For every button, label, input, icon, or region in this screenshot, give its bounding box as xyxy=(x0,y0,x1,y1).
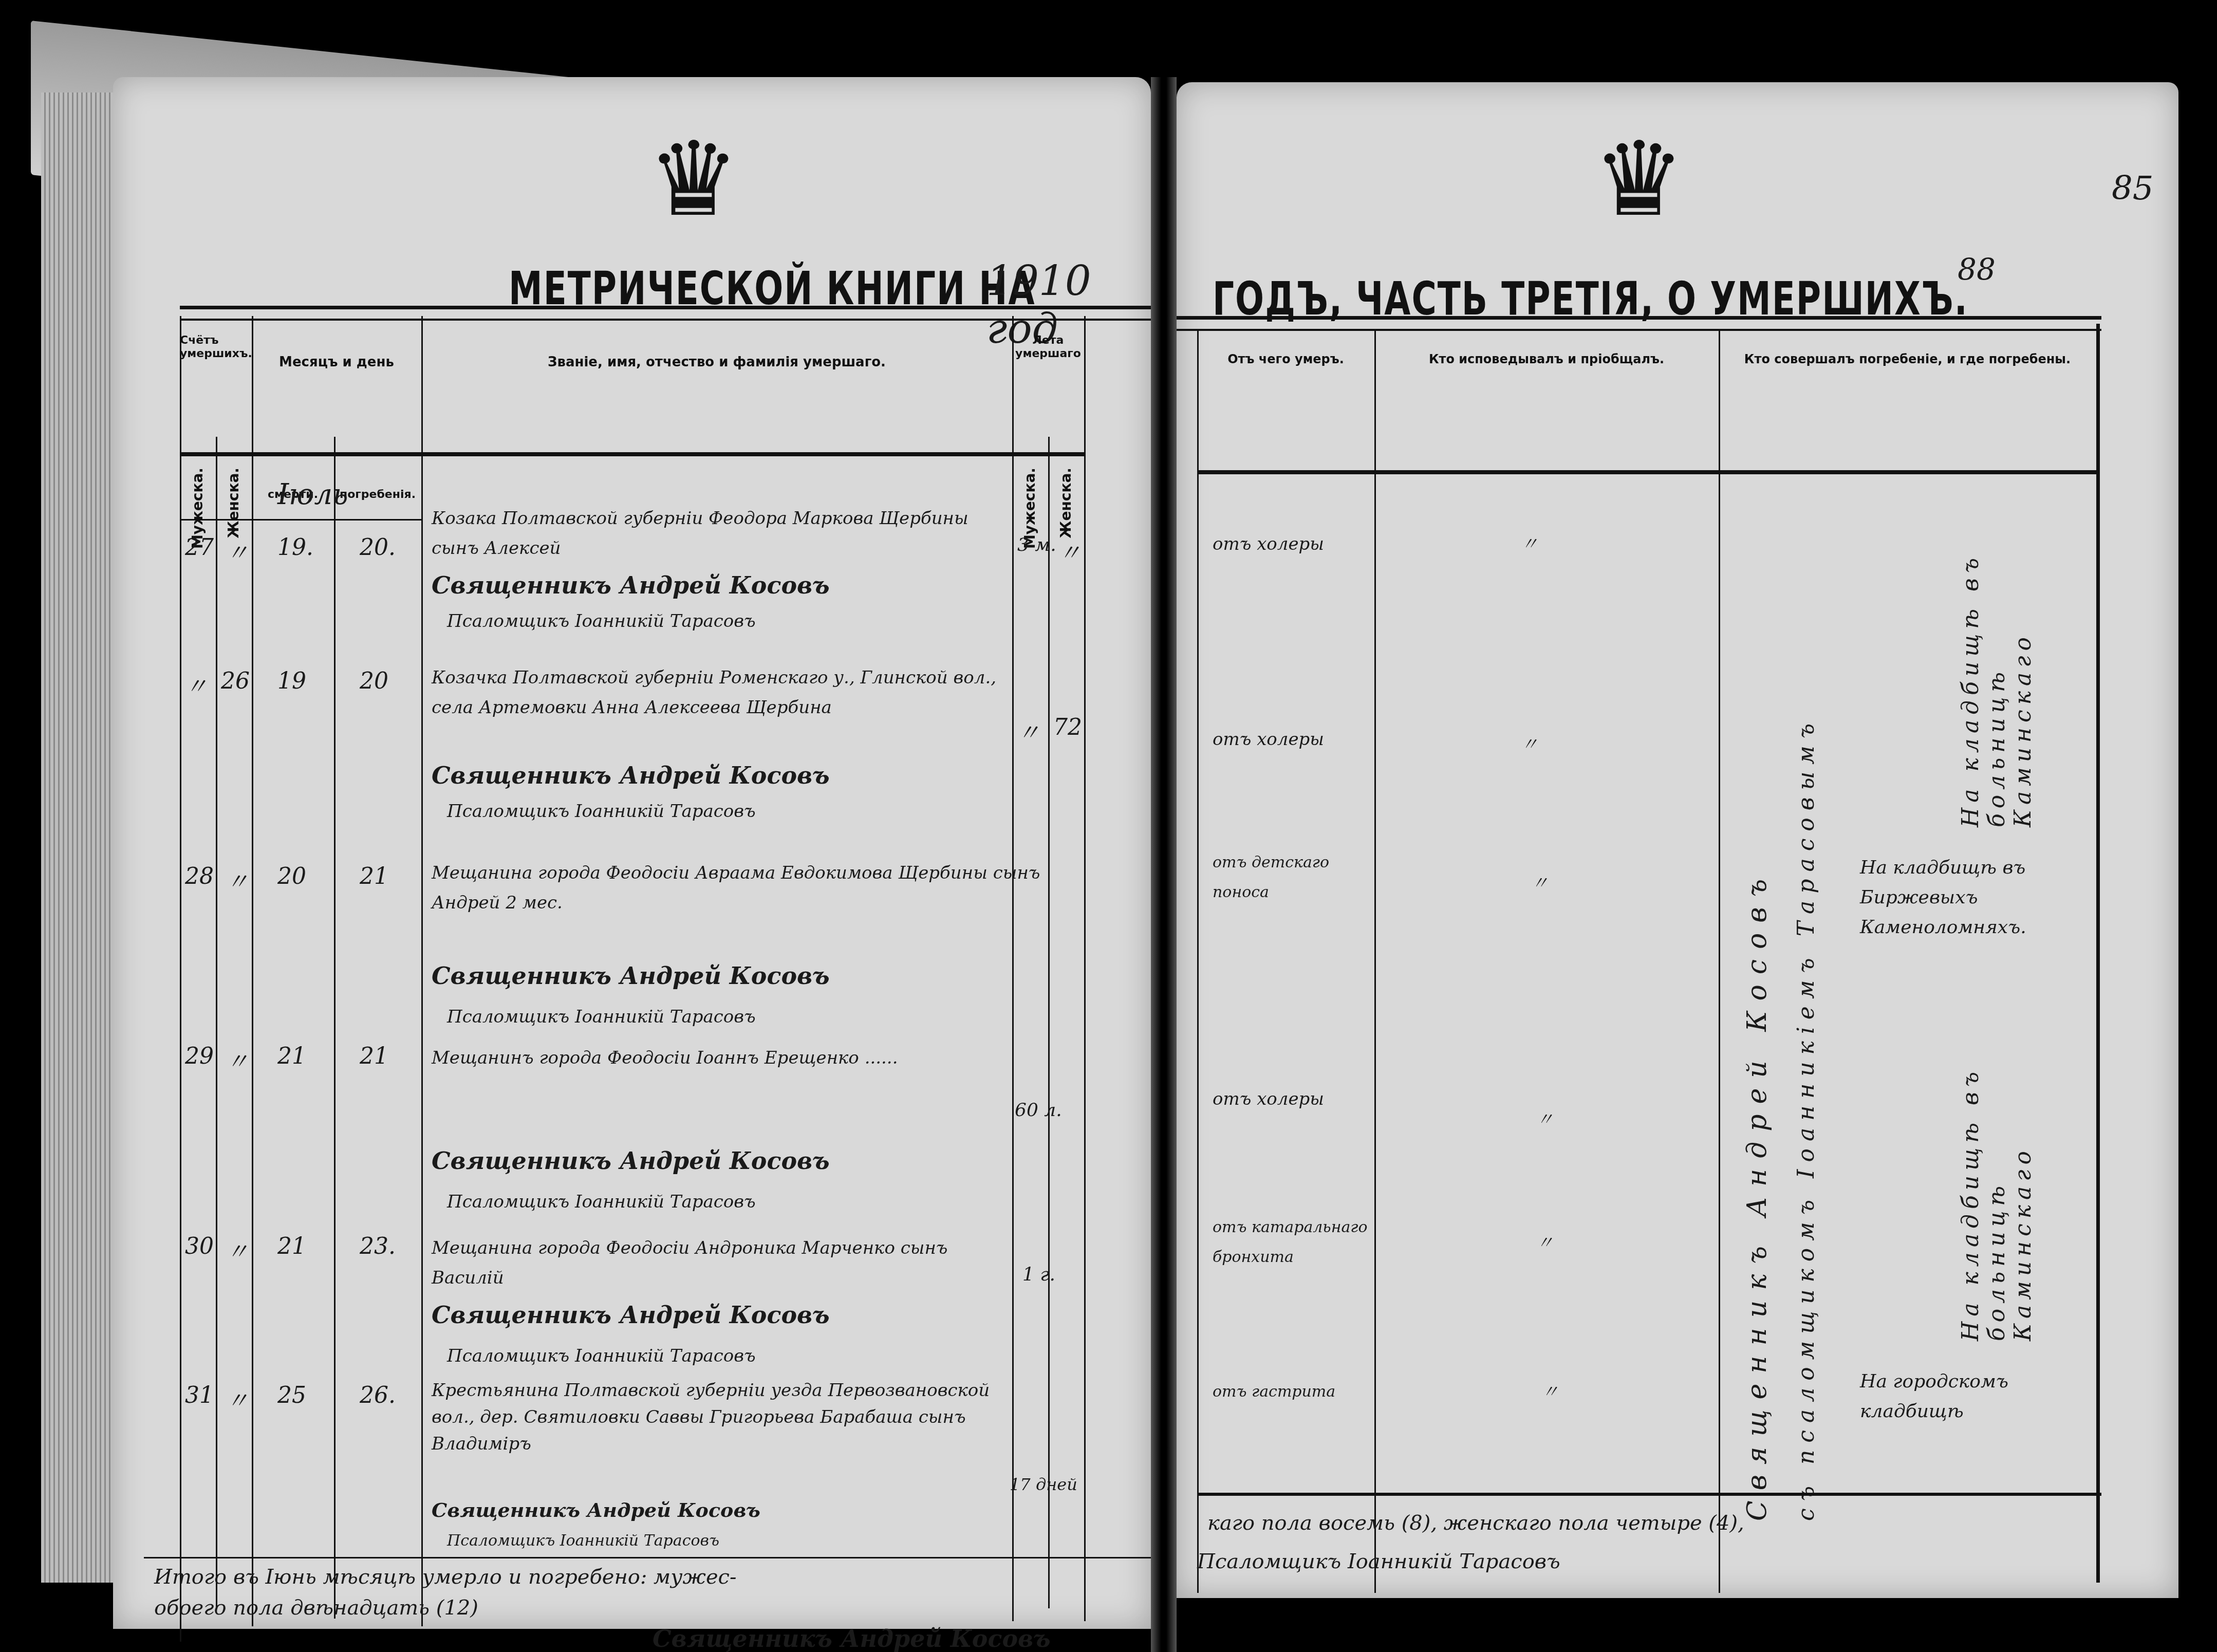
burial-place-3: На кладбищѣ въ больницѣ Каминскаго xyxy=(1958,1059,2036,1341)
male-count: 27 xyxy=(185,534,214,561)
deceased-description: Козака Полтавской губерніи Феодора Марко… xyxy=(432,504,1007,563)
page-stack-edge xyxy=(41,92,118,1583)
header-rule xyxy=(1177,316,2101,331)
summary-line-right: каго пола восемь (8), женскаго пола четы… xyxy=(1207,1508,2107,1538)
col-divider xyxy=(216,437,217,1608)
age-female: 72 xyxy=(1053,714,1082,740)
summary-rule xyxy=(144,1557,1151,1558)
header-bottom-rule xyxy=(180,452,1084,456)
deceased-description: Козачка Полтавской губерніи Роменскаго у… xyxy=(432,663,1007,722)
death-day: 21 xyxy=(277,1233,306,1259)
table-border-right xyxy=(2096,324,2100,1583)
confessor: 〃 xyxy=(1536,1105,1554,1135)
cause-of-death: отъ холеры xyxy=(1213,529,1324,559)
col-divider xyxy=(421,316,423,1626)
confessor: 〃 xyxy=(1536,1228,1554,1258)
burial-day: 26. xyxy=(360,1382,396,1408)
confessor: 〃 xyxy=(1521,730,1538,759)
summary-priest-signature: Священникъ Андрей Косовъ xyxy=(653,1624,1051,1652)
table-border-left xyxy=(180,316,181,1642)
header-count: Счётъ умершихъ. xyxy=(180,334,216,361)
male-count: 31 xyxy=(185,1382,214,1408)
col-divider xyxy=(1048,437,1050,1608)
burial-place-4: На городскомъ кладбищѣ xyxy=(1860,1367,2065,1426)
right-page: ♛ ГОДЪ, ЧАСТЬ ТРЕТІЯ, О УМЕРШИХЪ. 88 85 … xyxy=(1177,82,2178,1598)
priest-signature: Священникъ Андрей Косовъ xyxy=(432,1495,760,1525)
header-rule xyxy=(180,306,1151,321)
cause-of-death: отъ детскаго поноса xyxy=(1213,848,1372,907)
female-count: 〃 xyxy=(226,863,249,896)
priest-signature: Священникъ Андрей Косовъ xyxy=(432,570,830,600)
female-count: 〃 xyxy=(226,1043,249,1076)
male-count: 〃 xyxy=(185,668,208,701)
confessor: 〃 xyxy=(1531,868,1549,898)
psalmist-signature: Псаломщикъ Іоанникій Тарасовъ xyxy=(447,1187,756,1217)
burial-day: 21 xyxy=(360,863,388,889)
cause-of-death: отъ катаральнаго бронхита xyxy=(1213,1213,1372,1272)
page-number: 88 xyxy=(1958,252,1996,287)
deceased-description: Мещанина города Феодосіи Авраама Евдоким… xyxy=(432,858,1074,918)
header-name: Званіе, имя, отчество и фамилія умершаго… xyxy=(421,355,1012,370)
death-day: 20 xyxy=(277,863,306,889)
col-divider xyxy=(1197,329,1199,1593)
cause-of-death: отъ холеры xyxy=(1213,725,1367,754)
death-day: 19. xyxy=(277,534,313,561)
age-male: 17 дней xyxy=(1010,1475,1077,1494)
summary-rule xyxy=(1197,1493,2101,1496)
summary-psalmist-signature: Псаломщикъ Іоанникій Тарасовъ xyxy=(1197,1547,1560,1576)
priest-signature: Священникъ Андрей Косовъ xyxy=(432,961,830,991)
age-male: 60 л. xyxy=(1015,1100,1062,1121)
deceased-description: Мещанина города Феодосіи Андроника Марче… xyxy=(432,1233,1007,1293)
priest-signature: Священникъ Андрей Косовъ xyxy=(432,1146,830,1176)
header-bottom-rule xyxy=(1197,470,2096,474)
header-confessor: Кто исповедывалъ и пріобщалъ. xyxy=(1374,352,1719,367)
age-female: 〃 xyxy=(1058,534,1081,567)
priest-signature: Священникъ Андрей Косовъ xyxy=(432,1300,830,1330)
book-gutter xyxy=(1151,77,1177,1652)
death-day: 25 xyxy=(277,1382,306,1408)
psalmist-signature: Псаломщикъ Іоанникій Тарасовъ xyxy=(447,1526,719,1556)
summary-line-2: обоего пола двѣнадцать (12) xyxy=(154,1593,478,1623)
burial-place-1: На кладбищѣ въ больницѣ Каминскаго xyxy=(1958,545,2036,827)
age-male: 〃 xyxy=(1017,714,1040,747)
header-burial-officiant: Кто совершалъ погребеніе, и где погребен… xyxy=(1719,352,2096,367)
col-divider xyxy=(334,437,336,1619)
psalmist-signature: Псаломщикъ Іоанникій Тарасовъ xyxy=(447,606,756,636)
male-count: 30 xyxy=(185,1233,214,1259)
psalmist-signature: Псаломщикъ Іоанникій Тарасовъ xyxy=(447,1002,756,1032)
corner-folio-number: 85 xyxy=(2112,170,2153,208)
header-female-count: Женска. xyxy=(225,468,242,539)
burial-day: 21 xyxy=(360,1043,388,1069)
officiant-vertical-priest: Священникъ Андрей Косовъ xyxy=(1742,545,1773,1521)
cause-of-death: отъ холеры xyxy=(1213,1084,1367,1114)
psalmist-signature: Псаломщикъ Іоанникій Тарасовъ xyxy=(447,1341,756,1371)
death-day: 19 xyxy=(277,668,306,694)
deceased-description: Крестьянина Полтавской губерніи уезда Пе… xyxy=(432,1377,1007,1457)
priest-signature: Священникъ Андрей Косовъ xyxy=(432,760,830,790)
age-male: 1 г. xyxy=(1022,1264,1055,1285)
female-count: 〃 xyxy=(226,1382,249,1415)
officiant-vertical-psalmist: съ псаломщикомъ Іоанникіемъ Тарасовымъ xyxy=(1793,545,1819,1521)
header-month-day: Месяцъ и день xyxy=(252,355,421,370)
burial-day: 20. xyxy=(360,534,396,561)
col-divider xyxy=(1012,316,1014,1621)
female-count: 〃 xyxy=(226,1233,249,1266)
male-count: 29 xyxy=(185,1043,214,1069)
double-headed-eagle-emblem-icon: ♛ xyxy=(627,113,760,247)
deceased-description: Мещанинъ города Феодосіи Іоаннъ Ерещенко… xyxy=(432,1043,997,1073)
col-divider xyxy=(1084,316,1086,1621)
left-page: ♛ МЕТРИЧЕСКОЙ КНИГИ НА 1910 год Счётъ ум… xyxy=(113,77,1151,1629)
confessor: 〃 xyxy=(1541,1377,1559,1407)
burial-day: 20 xyxy=(360,668,388,694)
male-count: 28 xyxy=(185,863,214,889)
burial-place-2: На кладбищѣ въ Биржевыхъ Каменоломняхъ. xyxy=(1860,853,2065,942)
age-male: 3 м. xyxy=(1017,534,1056,555)
female-count: 〃 xyxy=(226,534,249,567)
cause-of-death: отъ гастрита xyxy=(1213,1377,1377,1407)
summary-line-1: Итого въ Іюнь мѣсяцѣ умерло и погребено:… xyxy=(154,1562,1130,1592)
burial-day: 23. xyxy=(360,1233,396,1259)
death-day: 21 xyxy=(277,1043,306,1069)
double-headed-eagle-emblem-icon: ♛ xyxy=(1572,113,1706,247)
col-divider xyxy=(1719,329,1720,1593)
female-count: 26 xyxy=(221,668,250,694)
header-age: Лета умершаго xyxy=(1012,334,1084,361)
header-cause: Отъ чего умеръ. xyxy=(1197,352,1374,367)
subheader-rule xyxy=(180,519,421,521)
psalmist-signature: Псаломщикъ Іоанникій Тарасовъ xyxy=(447,796,756,826)
month-label: Іюль xyxy=(277,478,348,511)
header-age-female: Женска. xyxy=(1057,468,1074,539)
col-divider xyxy=(252,316,253,1626)
confessor: 〃 xyxy=(1521,529,1538,559)
